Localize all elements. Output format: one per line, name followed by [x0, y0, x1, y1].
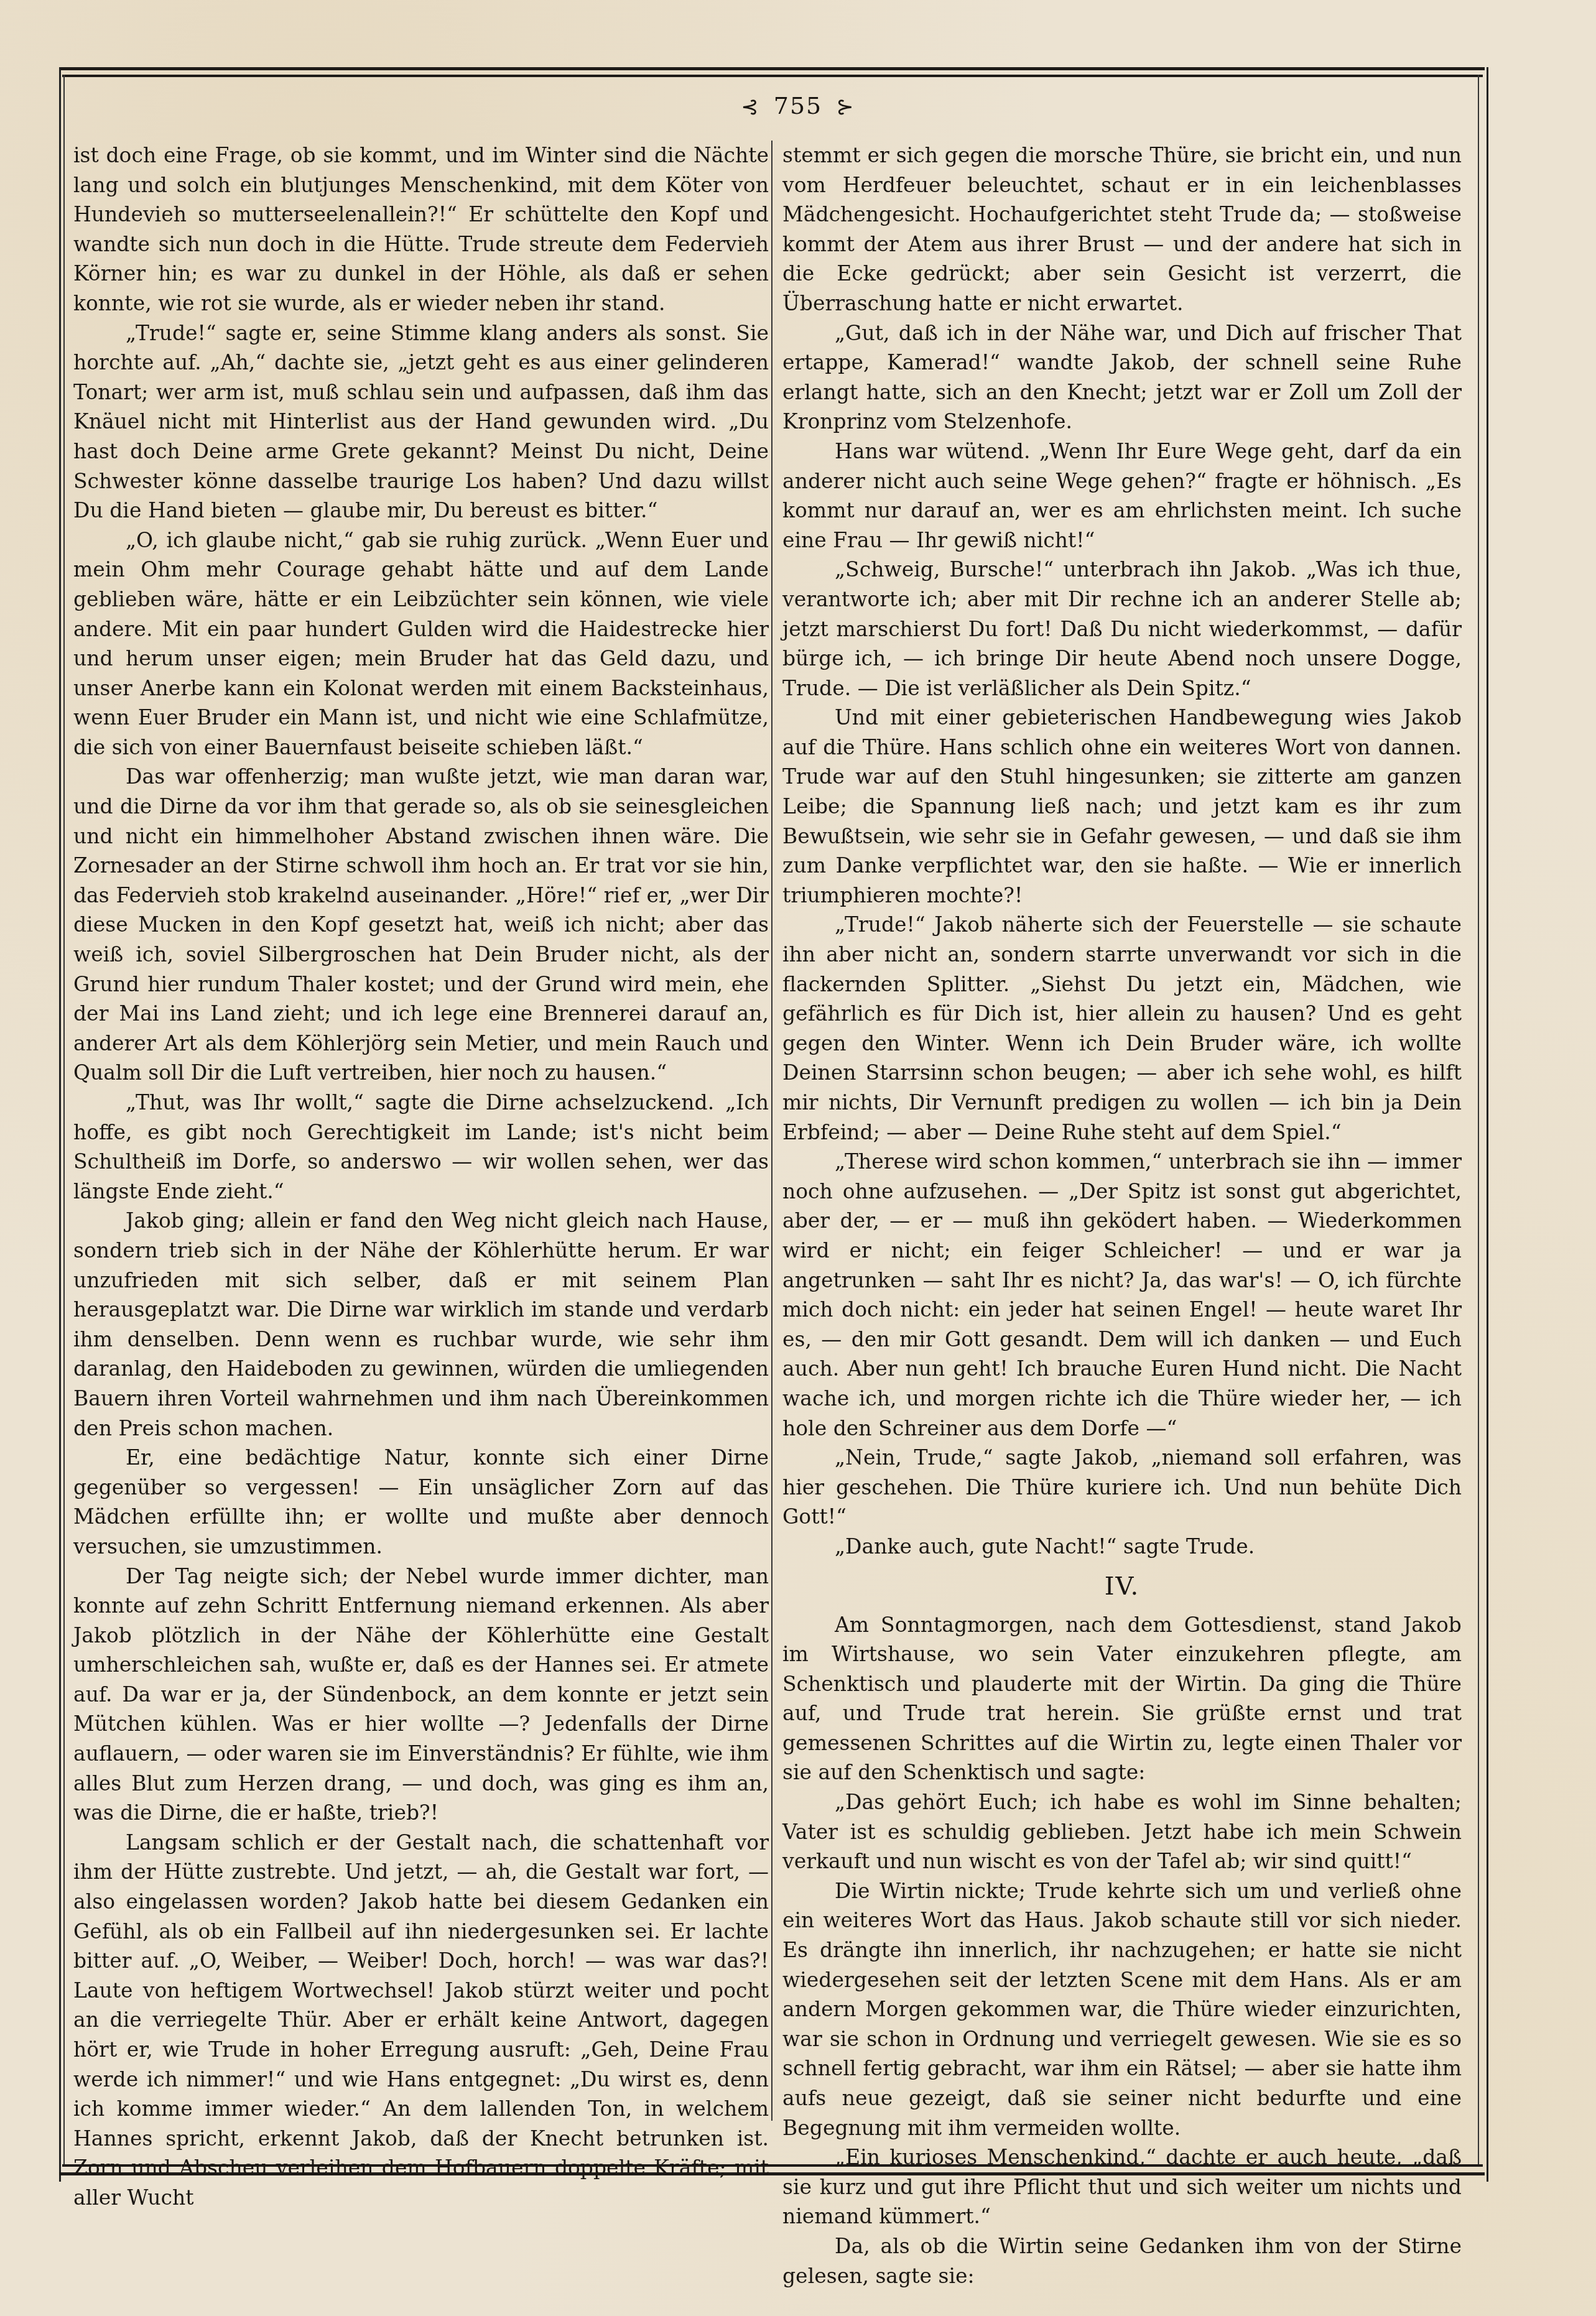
paragraph: Langsam schlich er der Gestalt nach, die…	[73, 1828, 769, 2213]
column-divider	[771, 141, 772, 2121]
frame-inner-left-line	[63, 75, 65, 2167]
page-number: 755	[774, 92, 823, 119]
paragraph: „Trude!“ sagte er, seine Stimme klang an…	[73, 318, 769, 526]
paragraph: „Das gehört Euch; ich habe es wohl im Si…	[782, 1787, 1462, 1876]
paragraph: „Nein, Trude,“ sagte Jakob, „niemand sol…	[782, 1443, 1462, 1532]
paragraph: „Schweig, Bursche!“ unterbrach ihn Jakob…	[782, 555, 1462, 703]
paragraph: Er, eine bedächtige Natur, konnte sich e…	[73, 1443, 769, 1561]
paragraph: Am Sonntagmorgen, nach dem Gottesdienst,…	[782, 1610, 1462, 1788]
chapter-heading: IV.	[782, 1568, 1462, 1605]
paragraph: „Trude!“ Jakob näherte sich der Feuerste…	[782, 910, 1462, 1147]
paragraph: „O, ich glaube nicht,“ gab sie ruhig zur…	[73, 526, 769, 762]
paragraph: „Therese wird schon kommen,“ unterbrach …	[782, 1147, 1462, 1443]
paragraph: ist doch eine Frage, ob sie kommt, und i…	[73, 141, 769, 318]
paragraph: Jakob ging; allein er fand den Weg nicht…	[73, 1206, 769, 1443]
paragraph: Hans war wütend. „Wenn Ihr Eure Wege geh…	[782, 437, 1462, 555]
right-column: stemmt er sich gegen die morsche Thüre, …	[782, 141, 1462, 2291]
paragraph: Der Tag neigte sich; der Nebel wurde imm…	[73, 1562, 769, 1828]
page-header: ⊰755⊱	[0, 92, 1596, 119]
ornament-right-icon: ⊱	[836, 95, 855, 119]
paragraph: Da, als ob die Wirtin seine Gedanken ihm…	[782, 2231, 1462, 2291]
paragraph: „Danke auch, gute Nacht!“ sagte Trude.	[782, 1532, 1462, 1562]
paragraph: Und mit einer gebieterischen Handbewegun…	[782, 703, 1462, 910]
paragraph: Die Wirtin nickte; Trude kehrte sich um …	[782, 1876, 1462, 2142]
paragraph: stemmt er sich gegen die morsche Thüre, …	[782, 141, 1462, 318]
paragraph: „Ein kurioses Menschenkind,“ dachte er a…	[782, 2142, 1462, 2231]
frame-inner-right-line	[1478, 75, 1479, 2167]
paragraph: „Thut, was Ihr wollt,“ sagte die Dirne a…	[73, 1088, 769, 1206]
ornament-left-icon: ⊰	[741, 95, 760, 119]
paragraph: „Gut, daß ich in der Nähe war, und Dich …	[782, 318, 1462, 437]
paragraph: Das war offenherzig; man wußte jetzt, wi…	[73, 762, 769, 1088]
left-column: ist doch eine Frage, ob sie kommt, und i…	[73, 141, 769, 2213]
